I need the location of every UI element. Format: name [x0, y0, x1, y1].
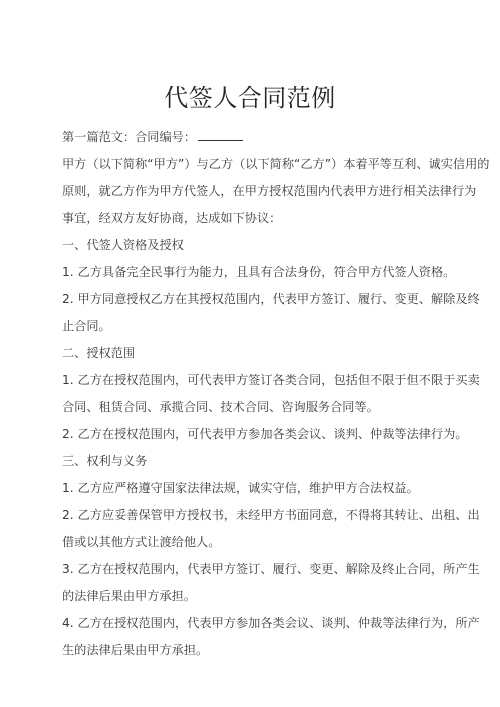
clause-line: 2. 乙方应妥善保管甲方授权书，未经甲方书面同意，不得将其转让、出租、出	[62, 502, 440, 529]
clause-line: 3. 乙方在授权范围内，代表甲方签订、履行、变更、解除及终止合同，所产生	[62, 556, 440, 583]
clause-line: 借或以其他方式让渡给他人。	[62, 529, 440, 556]
paragraph-line: 事宜，经双方友好协商，达成如下协议：	[62, 205, 440, 232]
section-heading: 二、授权范围	[62, 340, 440, 367]
clause-line: 1. 乙方具备完全民事行为能力，且具有合法身份，符合甲方代签人资格。	[62, 259, 440, 286]
contract-number-line: 第一篇范文：合同编号：	[62, 124, 440, 151]
clause-line: 生的法律后果由甲方承担。	[62, 637, 440, 664]
clause-line: 1. 乙方在授权范围内，可代表甲方签订各类合同，包括但不限于但不限于买卖	[62, 367, 440, 394]
document-page: 代签人合同范例 第一篇范文：合同编号： 甲方（以下简称“甲方”）与乙方（以下简称…	[0, 0, 500, 707]
paragraph-line: 甲方（以下简称“甲方”）与乙方（以下简称“乙方”）本着平等互利、诚实信用的	[62, 151, 440, 178]
clause-line: 2. 乙方在授权范围内，可代表甲方参加各类会议、谈判、仲裁等法律行为。	[62, 421, 440, 448]
clause-line: 4. 乙方在授权范围内，代表甲方参加各类会议、谈判、仲裁等法律行为，所产	[62, 610, 440, 637]
document-title: 代签人合同范例	[0, 82, 500, 114]
section-heading: 一、代签人资格及授权	[62, 232, 440, 259]
contract-number-label: 第一篇范文：合同编号：	[62, 130, 196, 144]
paragraph-line: 原则，就乙方作为甲方代签人，在甲方授权范围内代表甲方进行相关法律行为	[62, 178, 440, 205]
contract-number-blank	[198, 128, 243, 141]
clause-line: 合同、租赁合同、承揽合同、技术合同、咨询服务合同等。	[62, 394, 440, 421]
clause-line: 2. 甲方同意授权乙方在其授权范围内，代表甲方签订、履行、变更、解除及终	[62, 286, 440, 313]
section-heading: 三、权利与义务	[62, 448, 440, 475]
document-body: 第一篇范文：合同编号： 甲方（以下简称“甲方”）与乙方（以下简称“乙方”）本着平…	[62, 124, 440, 664]
clause-line: 的法律后果由甲方承担。	[62, 583, 440, 610]
clause-line: 1. 乙方应严格遵守国家法律法规，诚实守信，维护甲方合法权益。	[62, 475, 440, 502]
clause-line: 止合同。	[62, 313, 440, 340]
